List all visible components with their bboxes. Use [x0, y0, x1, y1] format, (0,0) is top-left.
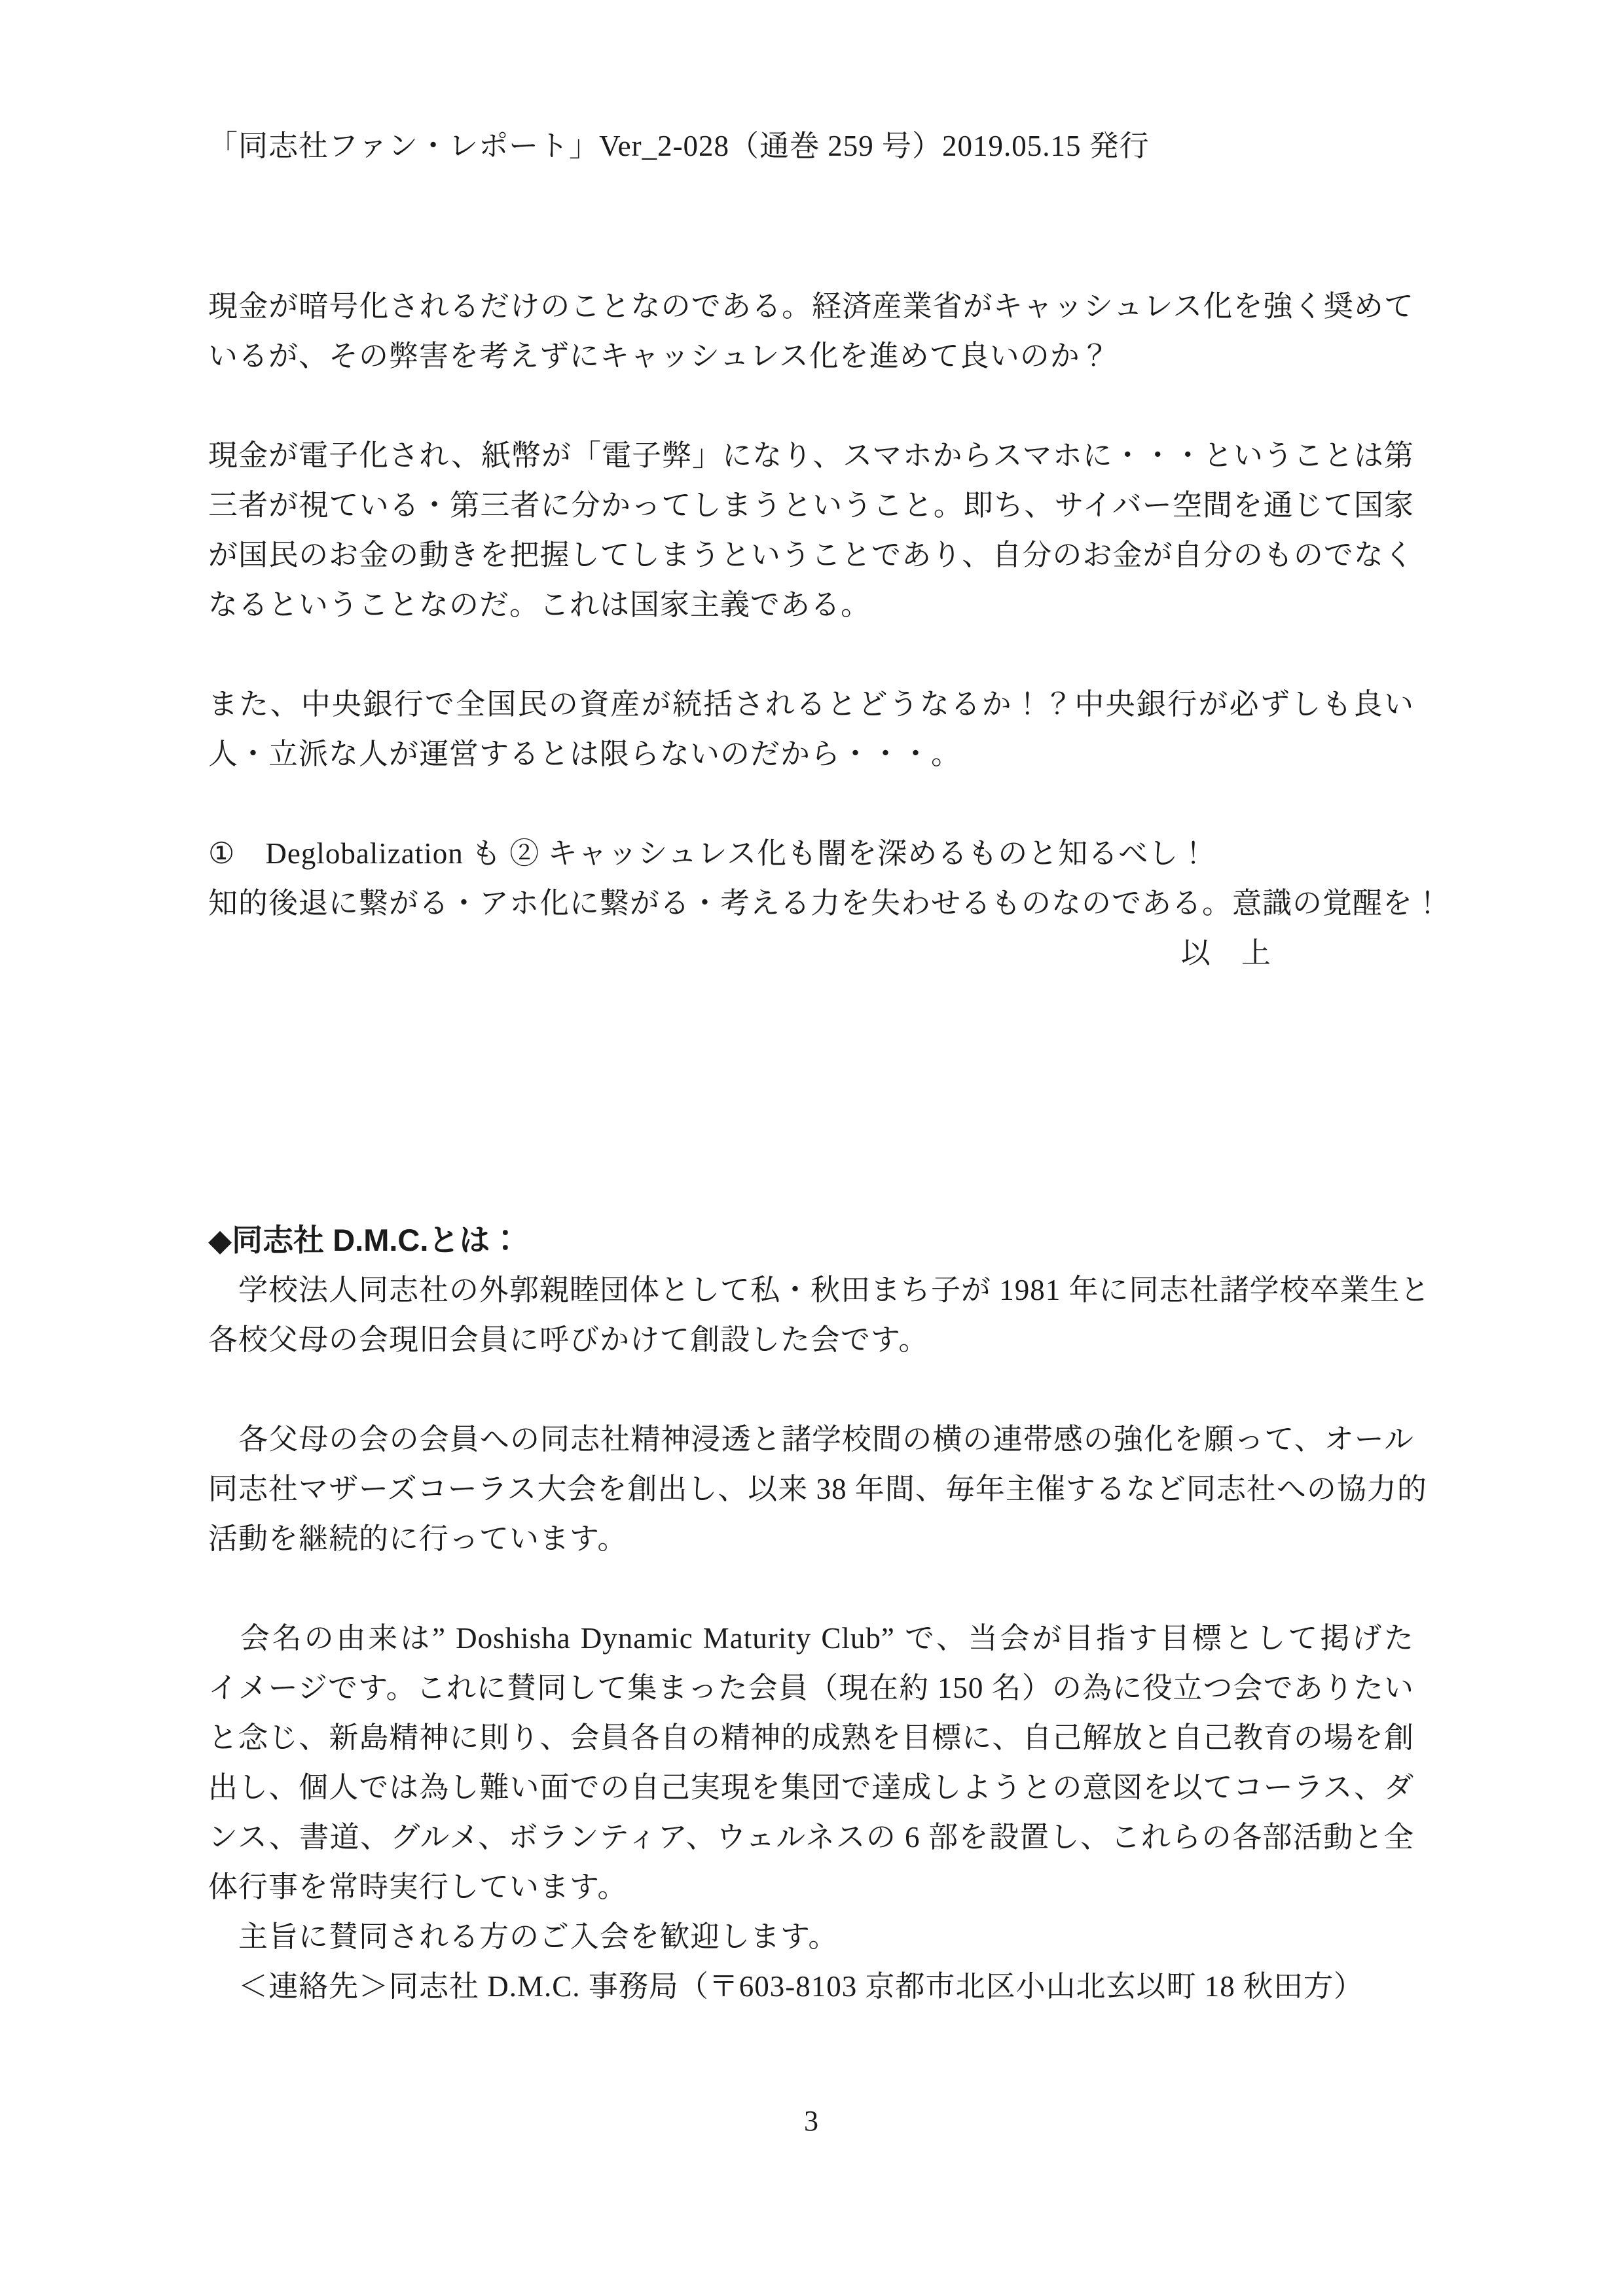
page-header: 「同志社ファン・レポート」Ver_2-028（通巻 259 号）2019.05.… — [208, 121, 1414, 171]
essay-p2-line4: なるということなのだ。これは国家主義である。 — [208, 580, 1414, 630]
essay-p1-line1: 現金が暗号化されるだけのことなのである。経済産業省がキャッシュレス化を強く奨めて — [208, 281, 1414, 331]
essay-conclusion-line1: ① Deglobalization も ② キャッシュレス化も闇を深めるものと知… — [208, 829, 1414, 878]
essay-conclusion: ① Deglobalization も ② キャッシュレス化も闇を深めるものと知… — [208, 829, 1414, 978]
essay-p2-line2: 三者が視ている・第三者に分かってしまうということ。即ち、サイバー空間を通じて国家 — [208, 480, 1414, 530]
essay-paragraph-1: 現金が暗号化されるだけのことなのである。経済産業省がキャッシュレス化を強く奨めて… — [208, 281, 1414, 381]
dmc-p3-line3: と念じ、新島精神に則り、会員各自の精神的成熟を目標に、自己解放と自己教育の場を創 — [208, 1713, 1414, 1763]
essay-conclusion-line2: 知的後退に繋がる・アホ化に繋がる・考える力を失わせるものなのである。意識の覚醒を… — [208, 878, 1414, 928]
dmc-p1-line1: 学校法人同志社の外郭親睦団体として私・秋田まち子が 1981 年に同志社諸学校卒… — [208, 1265, 1414, 1315]
dmc-p3-line2: イメージです。これに賛同して集まった会員（現在約 150 名）の為に役立つ会であ… — [208, 1663, 1414, 1713]
dmc-p3-line4: 出し、個人では為し難い面での自己実現を集団で達成しようとの意図を以てコーラス、ダ — [208, 1763, 1414, 1812]
essay-p3-line2: 人・立派な人が運営するとは限らないのだから・・・。 — [208, 729, 1414, 779]
essay-p2-line1: 現金が電子化され、紙幣が「電子弊」になり、スマホからスマホに・・・ということは第 — [208, 431, 1414, 480]
dmc-paragraph-2: 各父母の会の会員への同志社精神浸透と諸学校間の横の連帯感の強化を願って、オール … — [208, 1414, 1414, 1564]
dmc-invite-line: 主旨に賛同される方のご入会を歓迎します。 — [208, 1912, 1414, 1962]
dmc-p2-line2: 同志社マザーズコーラス大会を創出し、以来 38 年間、毎年主催するなど同志社への… — [208, 1464, 1414, 1514]
dmc-paragraph-3: 会名の由来は” Doshisha Dynamic Maturity Club” … — [208, 1613, 1414, 2011]
dmc-p3-line5: ンス、書道、グルメ、ボランティア、ウェルネスの 6 部を設置し、これらの各部活動… — [208, 1812, 1414, 1862]
dmc-p2-line3: 活動を継続的に行っています。 — [208, 1514, 1414, 1564]
essay-paragraph-2: 現金が電子化され、紙幣が「電子弊」になり、スマホからスマホに・・・ということは第… — [208, 431, 1414, 630]
document-page: 「同志社ファン・レポート」Ver_2-028（通巻 259 号）2019.05.… — [0, 0, 1623, 2146]
essay-closing: 以 上 — [208, 928, 1414, 978]
essay-p3-line1: また、中央銀行で全国民の資産が統括されるとどうなるか！？中央銀行が必ずしも良い — [208, 679, 1414, 729]
dmc-p3-line6: 体行事を常時実行しています。 — [208, 1862, 1414, 1912]
dmc-section-heading: ◆同志社 D.M.C.とは： — [208, 1215, 1414, 1265]
dmc-p1-line2: 各校父母の会現旧会員に呼びかけて創設した会です。 — [208, 1315, 1414, 1365]
essay-p2-line3: が国民のお金の動きを把握してしまうということであり、自分のお金が自分のものでなく — [208, 530, 1414, 580]
page-number: 3 — [208, 2096, 1414, 2146]
dmc-contact-line: ＜連絡先＞同志社 D.M.C. 事務局（〒603-8103 京都市北区小山北玄以… — [208, 1962, 1414, 2011]
dmc-p2-line1: 各父母の会の会員への同志社精神浸透と諸学校間の横の連帯感の強化を願って、オール — [208, 1414, 1414, 1464]
essay-paragraph-3: また、中央銀行で全国民の資産が統括されるとどうなるか！？中央銀行が必ずしも良い … — [208, 679, 1414, 779]
dmc-paragraph-1: 学校法人同志社の外郭親睦団体として私・秋田まち子が 1981 年に同志社諸学校卒… — [208, 1265, 1414, 1365]
dmc-p3-line1: 会名の由来は” Doshisha Dynamic Maturity Club” … — [208, 1613, 1414, 1663]
essay-p1-line2: いるが、その弊害を考えずにキャッシュレス化を進めて良いのか？ — [208, 331, 1414, 381]
